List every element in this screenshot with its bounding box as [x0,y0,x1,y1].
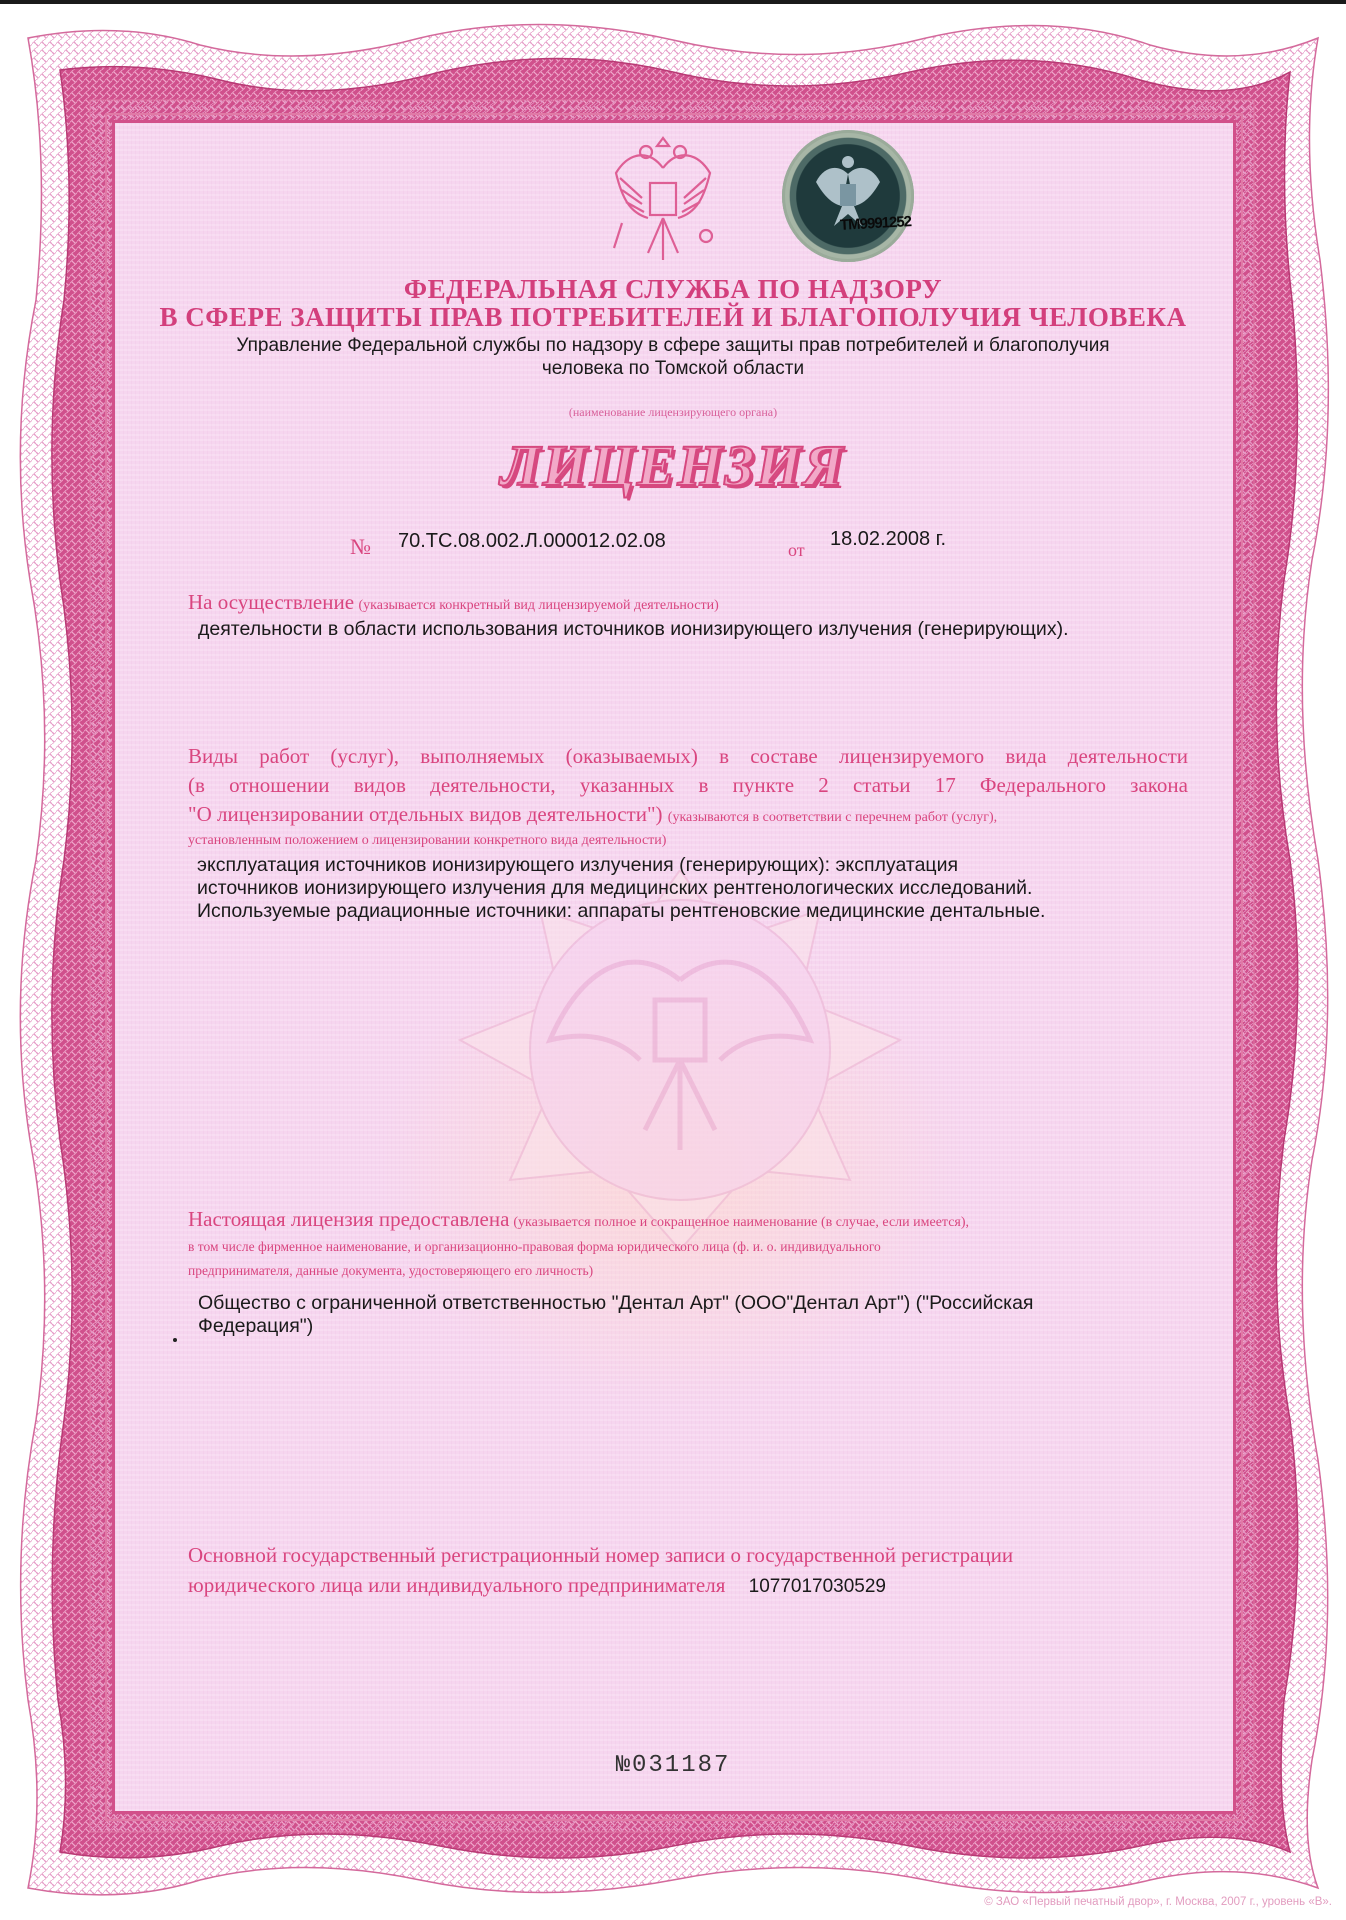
works-value-line: Используемые радиационные источники: апп… [197,900,1207,923]
activity-value: деятельности в области использования ист… [198,618,1208,641]
licensee-value-line: Общество с ограниченной ответственностью… [198,1292,1198,1315]
document-title: ЛИЦЕНЗИЯ [0,432,1346,499]
license-number: 70.ТС.08.002.Л.000012.02.08 [398,530,666,553]
licensee-value: Общество с ограниченной ответственностью… [198,1292,1198,1338]
licensee-section: Настоящая лицензия предоставлена (указыв… [188,1207,1188,1283]
license-date: 18.02.2008 г. [830,528,946,551]
works-value-line: эксплуатация источников ионизирующего из… [197,854,1207,877]
watermark-eagle-icon [430,870,930,1250]
licensing-authority: Управление Федеральной службы по надзору… [140,334,1206,380]
licensee-label: Настоящая лицензия предоставлена [188,1207,509,1231]
licensing-authority-line2: человека по Томской области [140,357,1206,380]
registration-label-line2-row: юридического лица или индивидуального пр… [188,1570,1188,1602]
works-value: эксплуатация источников ионизирующего из… [197,854,1207,923]
works-label-line3: "О лицензировании отдельных видов деятел… [188,802,663,826]
activity-label: На осуществление [188,590,354,614]
works-label-line1: Виды работ (услуг), выполняемых (оказыва… [188,742,1188,771]
works-value-line: источников ионизирующего излучения для м… [197,877,1207,900]
licensee-hint-line2: в том числе фирменное наименование, и ор… [188,1235,1188,1259]
licensee-hint-line1: (указывается полное и сокращенное наимен… [513,1215,969,1230]
date-label: от [788,540,805,561]
registration-label-line2: юридического лица или индивидуального пр… [188,1573,725,1597]
works-hint-line1: (указываются в соответствии с перечнем р… [668,810,997,825]
authority-caption: (наименование лицензирующего органа) [0,405,1346,420]
ogrn-number: 1077017030529 [749,1576,886,1597]
ink-dot [173,1338,177,1342]
works-label-line2: (в отношении видов деятельности, указанн… [188,771,1188,800]
licensee-label-row: Настоящая лицензия предоставлена (указыв… [188,1207,1188,1235]
activity-hint: (указывается конкретный вид лицензируемо… [359,598,719,613]
double-headed-eagle-icon [608,128,718,268]
hologram-serial: TM9991252 [840,213,912,234]
number-label: № [350,534,371,560]
form-serial-number: №031187 [0,1752,1346,1779]
agency-name-line2: В СФЕРЕ ЗАЩИТЫ ПРАВ ПОТРЕБИТЕЛЕЙ И БЛАГО… [0,302,1346,333]
registration-section: Основной государственный регистрационный… [188,1540,1188,1602]
licensee-value-line: Федерация") [198,1315,1198,1338]
works-hint-line2: установленным положением о лицензировани… [188,832,1188,850]
works-section: Виды работ (услуг), выполняемых (оказыва… [188,742,1188,850]
printer-credit: © ЗАО «Первый печатный двор», г. Москва,… [984,1896,1332,1908]
registration-label-line1: Основной государственный регистрационный… [188,1540,1188,1570]
agency-name-line1: ФЕДЕРАЛЬНАЯ СЛУЖБА ПО НАДЗОРУ [0,274,1346,305]
works-label-line3-row: "О лицензировании отдельных видов деятел… [188,800,1188,832]
licensing-authority-line1: Управление Федеральной службы по надзору… [140,334,1206,357]
licensee-hint-line3: предпринимателя, данные документа, удост… [188,1259,1188,1283]
activity-section: На осуществление (указывается конкретный… [188,590,1208,615]
hologram-seal-icon: TM9991252 [782,130,914,262]
